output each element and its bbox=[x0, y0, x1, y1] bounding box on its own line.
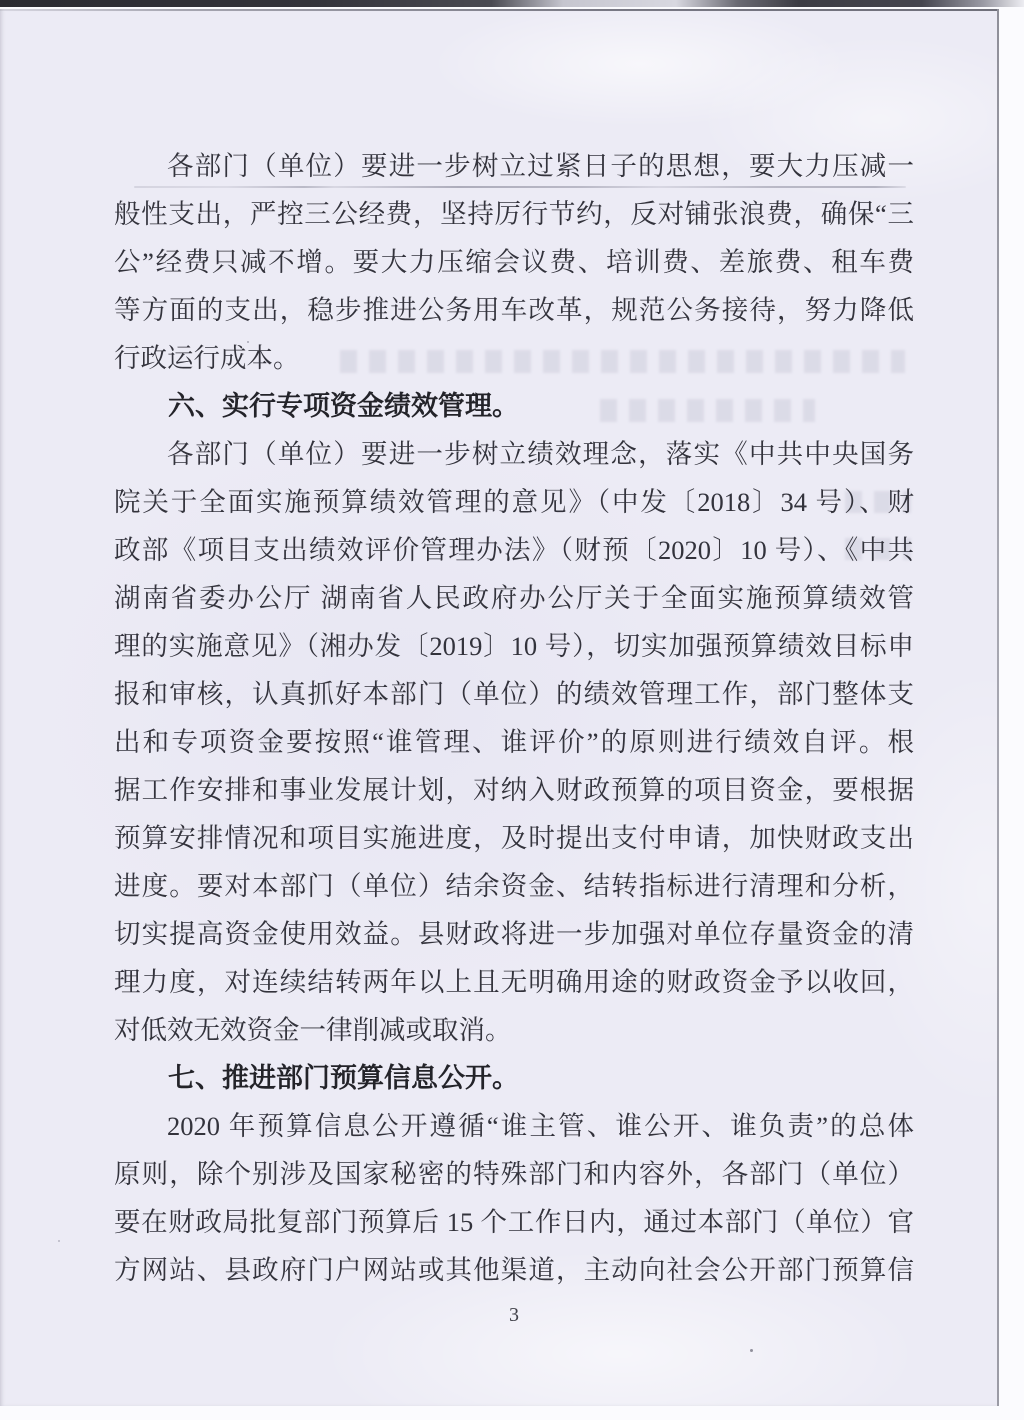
dust-speck bbox=[58, 1240, 60, 1242]
body-line: 方网站、县政府门户网站或其他渠道，主动向社会公开部门预算信 bbox=[114, 1246, 914, 1294]
body-line: 进度。要对本部门（单位）结余资金、结转指标进行清理和分析， bbox=[114, 862, 914, 910]
body-line: 般性支出，严控三公经费，坚持厉行节约，反对铺张浪费，确保“三 bbox=[114, 190, 914, 238]
section-heading-7: 七、推进部门预算信息公开。 bbox=[114, 1054, 914, 1102]
body-line: 理的实施意见》（湘办发〔2019〕10 号），切实加强预算绩效目标申 bbox=[114, 622, 914, 670]
document-text-column: 各部门（单位）要进一步树立过紧日子的思想，要大力压减一 般性支出，严控三公经费，… bbox=[114, 142, 914, 1294]
body-line: 据工作安排和事业发展计划，对纳入财政预算的项目资金，要根据 bbox=[114, 766, 914, 814]
scanner-top-edge-line bbox=[0, 9, 998, 11]
scanner-top-edge bbox=[0, 0, 1024, 7]
body-line: 等方面的支出，稳步推进公务用车改革，规范公务接待，努力降低 bbox=[114, 286, 914, 334]
body-line: 政部《项目支出绩效评价管理办法》（财预〔2020〕10 号）、《中共 bbox=[114, 526, 914, 574]
body-line: 切实提高资金使用效益。县财政将进一步加强对单位存量资金的清 bbox=[114, 910, 914, 958]
body-line: 要在财政局批复部门预算后 15 个工作日内，通过本部门（单位）官 bbox=[114, 1198, 914, 1246]
body-line: 院关于全面实施预算绩效管理的意见》（中发〔2018〕34 号）、财 bbox=[114, 478, 914, 526]
scanned-document-screenshot: { "page": { "number": "3" }, "colors": {… bbox=[0, 0, 1024, 1420]
body-line: 公”经费只减不增。要大力压缩会议费、培训费、差旅费、租车费 bbox=[114, 238, 914, 286]
section-heading-6: 六、实行专项资金绩效管理。 bbox=[114, 382, 914, 430]
body-line: 对低效无效资金一律削减或取消。 bbox=[114, 1006, 914, 1054]
body-line: 各部门（单位）要进一步树立过紧日子的思想，要大力压减一 bbox=[114, 142, 914, 190]
body-line: 预算安排情况和项目实施进度，及时提出支付申请，加快财政支出 bbox=[114, 814, 914, 862]
body-line: 各部门（单位）要进一步树立绩效理念，落实《中共中央国务 bbox=[114, 430, 914, 478]
body-line: 报和审核，认真抓好本部门（单位）的绩效管理工作，部门整体支 bbox=[114, 670, 914, 718]
body-line: 湖南省委办公厅 湖南省人民政府办公厅关于全面实施预算绩效管 bbox=[114, 574, 914, 622]
page-right-edge bbox=[997, 9, 999, 1406]
dust-speck bbox=[750, 1349, 753, 1352]
page-number: 3 bbox=[114, 1300, 914, 1330]
body-line: 原则，除个别涉及国家秘密的特殊部门和内容外，各部门（单位） bbox=[114, 1150, 914, 1198]
body-line: 理力度，对连续结转两年以上且无明确用途的财政资金予以收回， bbox=[114, 958, 914, 1006]
body-line: 2020 年预算信息公开遵循“谁主管、谁公开、谁负责”的总体 bbox=[114, 1102, 914, 1150]
body-line: 出和专项资金要按照“谁管理、谁评价”的原则进行绩效自评。根 bbox=[114, 718, 914, 766]
body-line: 行政运行成本。 bbox=[114, 334, 914, 382]
